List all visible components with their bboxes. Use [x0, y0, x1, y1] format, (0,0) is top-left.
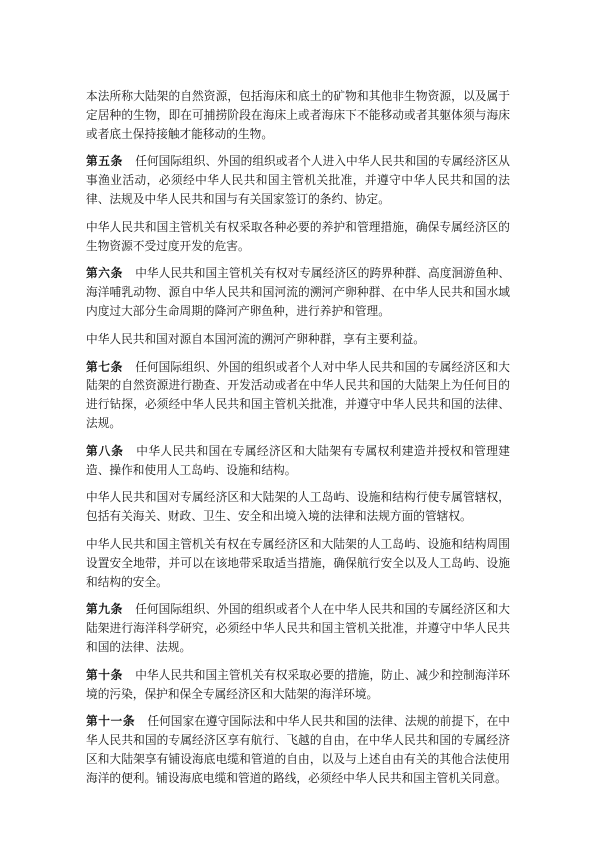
paragraph-text: 中华人民共和国主管机关有权在专属经济区和大陆架的人工岛屿、设施和结构周围设置安全… [86, 538, 510, 589]
article-paragraph: 第十条中华人民共和国主管机关有权采取必要的措施，防止、减少和控制海洋环境的污染，… [86, 667, 510, 705]
paragraph-text: 中华人民共和国对源自本国河流的溯河产卵种群，享有主要利益。 [86, 333, 425, 346]
article-number: 第八条 [86, 445, 136, 458]
body-paragraph: 中华人民共和国对源自本国河流的溯河产卵种群，享有主要利益。 [86, 331, 510, 350]
article-number: 第九条 [86, 603, 135, 616]
body-paragraph: 中华人民共和国主管机关有权采取各种必要的养护和管理措施，确保专属经济区的生物资源… [86, 219, 510, 257]
paragraph-text: 任何国家在遵守国际法和中华人民共和国的法律、法规的前提下，在中华人民共和国的专属… [86, 715, 510, 784]
article-number: 第五条 [86, 155, 135, 168]
paragraph-text: 任何国际组织、外国的组织或者个人进入中华人民共和国的专属经济区从事渔业活动，必须… [86, 155, 510, 206]
article-number: 第六条 [86, 267, 135, 280]
paragraph-text: 中华人民共和国主管机关有权对专属经济区的跨界种群、高度洄游鱼种、海洋哺乳动物、源… [86, 267, 510, 318]
article-paragraph: 第八条中华人民共和国在专属经济区和大陆架有专属权利建造并授权和管理建造、操作和使… [86, 443, 510, 481]
paragraph-text: 任何国际组织、外国的组织或者个人在中华人民共和国的专属经济区和大陆架进行海洋科学… [86, 603, 510, 654]
article-number: 第十一条 [86, 715, 147, 728]
paragraph-text: 本法所称大陆架的自然资源，包括海床和底土的矿物和其他非生物资源，以及属于定居种的… [86, 90, 510, 141]
paragraph-text: 中华人民共和国主管机关有权采取必要的措施，防止、减少和控制海洋环境的污染，保护和… [86, 669, 510, 701]
paragraph-text: 中华人民共和国在专属经济区和大陆架有专属权利建造并授权和管理建造、操作和使用人工… [86, 445, 510, 477]
article-paragraph: 第九条任何国际组织、外国的组织或者个人在中华人民共和国的专属经济区和大陆架进行海… [86, 601, 510, 657]
body-paragraph: 中华人民共和国对专属经济区和大陆架的人工岛屿、设施和结构行使专属管辖权，包括有关… [86, 489, 510, 527]
paragraph-text: 中华人民共和国主管机关有权采取各种必要的养护和管理措施，确保专属经济区的生物资源… [86, 221, 510, 253]
article-paragraph: 第五条任何国际组织、外国的组织或者个人进入中华人民共和国的专属经济区从事渔业活动… [86, 153, 510, 209]
paragraph-text: 任何国际组织、外国的组织或者个人对中华人民共和国的专属经济区和大陆架的自然资源进… [86, 361, 510, 430]
article-paragraph: 第七条任何国际组织、外国的组织或者个人对中华人民共和国的专属经济区和大陆架的自然… [86, 359, 510, 434]
article-paragraph: 第六条中华人民共和国主管机关有权对专属经济区的跨界种群、高度洄游鱼种、海洋哺乳动… [86, 265, 510, 321]
document-page: 本法所称大陆架的自然资源，包括海床和底土的矿物和其他非生物资源，以及属于定居种的… [0, 0, 595, 841]
document-content: 本法所称大陆架的自然资源，包括海床和底土的矿物和其他非生物资源，以及属于定居种的… [86, 88, 510, 789]
article-paragraph: 第十一条任何国家在遵守国际法和中华人民共和国的法律、法规的前提下，在中华人民共和… [86, 713, 510, 788]
body-paragraph: 中华人民共和国主管机关有权在专属经济区和大陆架的人工岛屿、设施和结构周围设置安全… [86, 536, 510, 592]
paragraph-text: 中华人民共和国对专属经济区和大陆架的人工岛屿、设施和结构行使专属管辖权，包括有关… [86, 491, 510, 523]
article-number: 第十条 [86, 669, 135, 682]
body-paragraph: 本法所称大陆架的自然资源，包括海床和底土的矿物和其他非生物资源，以及属于定居种的… [86, 88, 510, 144]
article-number: 第七条 [86, 361, 135, 374]
